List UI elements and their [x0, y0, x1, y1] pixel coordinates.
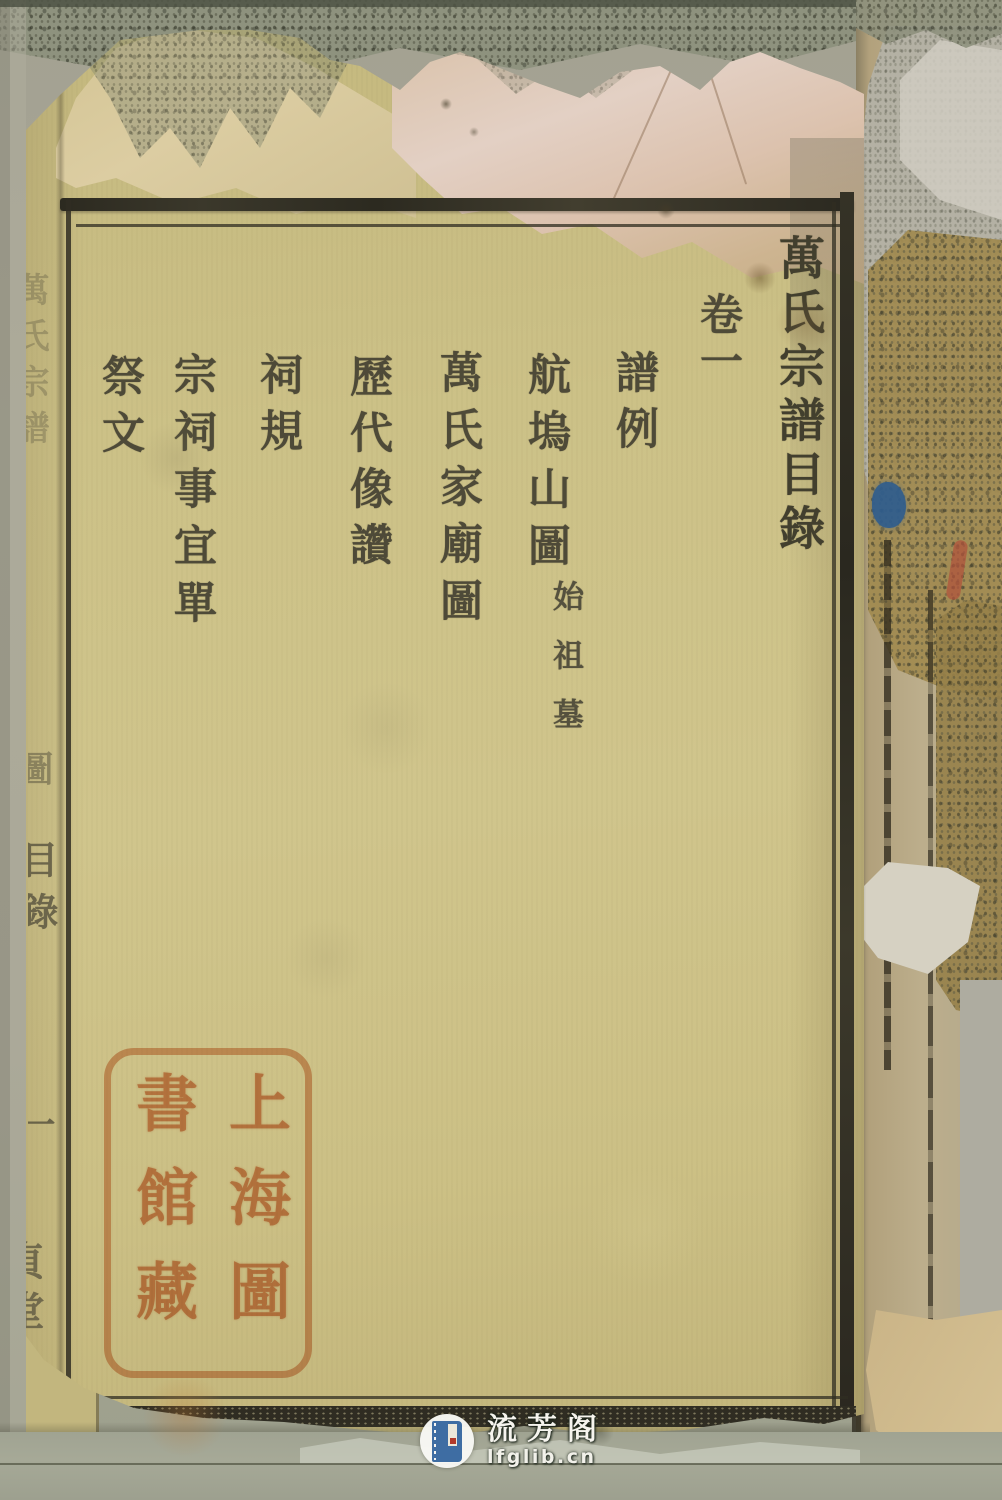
left-edge-shade: [0, 0, 10, 1500]
paper-crease: [699, 41, 747, 184]
page-border-top-thin: [76, 224, 850, 227]
library-seal: 上海圖 書館藏: [104, 1048, 312, 1378]
page-border-right-thick: [840, 192, 854, 1440]
toc-entry-cigui: 祠規: [256, 352, 299, 464]
site-name: 流芳阁: [487, 1415, 607, 1445]
toc-entry-jiwen: 祭文: [98, 354, 141, 466]
watermark-circle: [420, 1414, 474, 1468]
spine-fold-text-mid: 圖: [28, 750, 58, 816]
book-title-label: [448, 1424, 457, 1446]
volume-heading: 卷一: [696, 292, 739, 386]
stitched-book-icon: [432, 1421, 462, 1462]
toc-entry-note: 始祖墓: [549, 580, 580, 757]
seal-column-right: 上海圖: [224, 1071, 286, 1355]
site-url: lfglib.cn: [487, 1448, 607, 1467]
spine-ink-line: [884, 540, 891, 1070]
left-edge-highlight: [10, 0, 26, 1500]
blue-ink-spot: [872, 482, 906, 528]
page-border-left: [66, 200, 71, 1412]
toc-entry-hangwushantu: 航塢山圖: [524, 352, 567, 580]
page-border-bottom-thin: [64, 1396, 848, 1399]
toc-entry-puli: 譜例: [612, 350, 655, 462]
top-edge-line: [0, 0, 1002, 7]
seal-column-left: 書館藏: [131, 1071, 193, 1355]
spine-fold-text-upper: 萬氏宗譜: [26, 272, 56, 612]
spine-fold-volume-number: 一: [28, 1106, 62, 1162]
spine-fold-text-section: 目錄: [28, 840, 62, 972]
scanned-genealogy-page: 萬氏宗譜目錄 卷一 譜例 航塢山圖 始祖墓 萬氏家廟圖 歷代像讚 祠規 宗祠事宜…: [0, 0, 1002, 1500]
watermark: 流芳阁 lfglib.cn: [420, 1414, 607, 1468]
toc-entry-jiamiaotu: 萬氏家廟圖: [436, 350, 479, 635]
genealogy-page-paper: 萬氏宗譜目錄 卷一 譜例 航塢山圖 始祖墓 萬氏家廟圖 歷代像讚 祠規 宗祠事宜…: [26, 28, 864, 1442]
watermark-text: 流芳阁 lfglib.cn: [487, 1415, 607, 1467]
toc-entry-shiyidan: 宗祠事宜單: [170, 352, 213, 637]
toc-entry-xiangzan: 歷代像讚: [346, 354, 389, 578]
page-border-top-thick: [60, 198, 854, 211]
page-title: 萬氏宗譜目錄: [776, 234, 822, 558]
page-border-right-thin: [832, 202, 836, 1420]
